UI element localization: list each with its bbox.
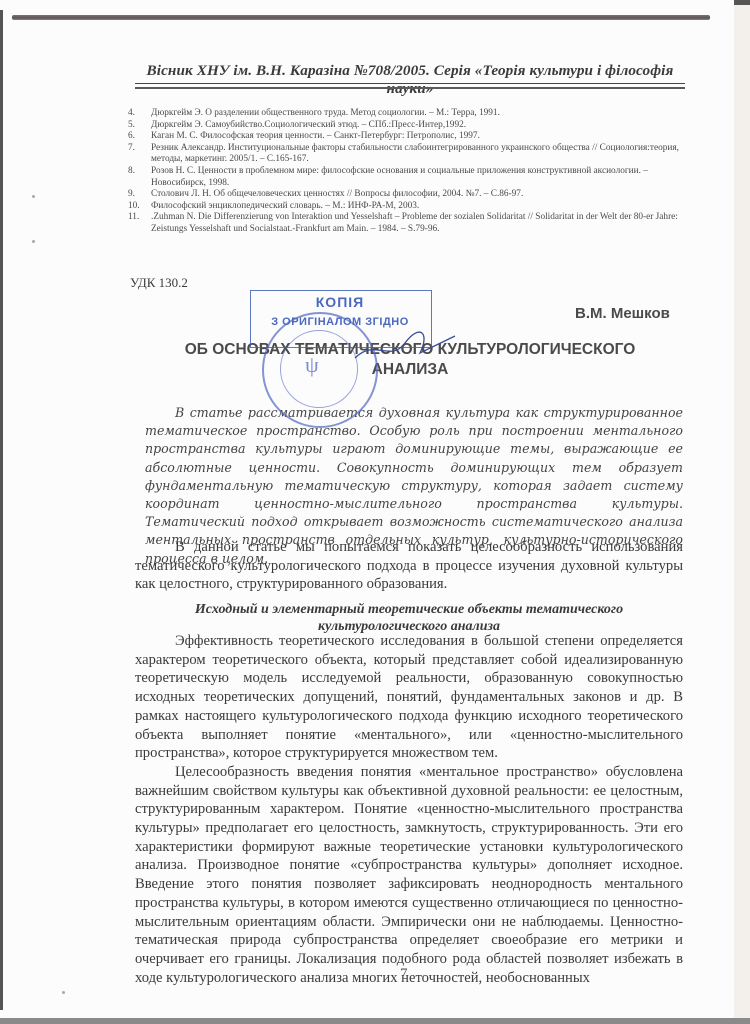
reference-item: 9.Столович Л. Н. Об общечеловеческих цен… <box>128 189 688 201</box>
reference-item: 11..Zuhman N. Die Differenzierung von In… <box>128 212 688 235</box>
section-heading: Исходный и элементарный теоретические об… <box>135 601 683 635</box>
reference-number: 11. <box>128 212 151 235</box>
reference-item: 10.Философский энциклопедический словарь… <box>128 201 688 213</box>
stamp-conformity-label: З ОРИГІНАЛОМ ЗГІДНО <box>250 316 430 328</box>
udk-code: УДК 130.2 <box>130 275 188 291</box>
body-paragraph: Эффективность теоретического исследовани… <box>135 632 683 763</box>
scan-speck <box>62 991 65 994</box>
reference-item: 5.Дюркгейм Э. Самоубийство.Социологическ… <box>128 120 688 132</box>
scan-right-edge <box>734 0 750 1024</box>
reference-number: 4. <box>128 108 151 120</box>
reference-text: .Zuhman N. Die Differenzierung von Inter… <box>151 212 688 235</box>
reference-item: 7.Резник Александр. Институциональные фа… <box>128 143 688 166</box>
reference-number: 10. <box>128 201 151 213</box>
reference-text: Розов Н. С. Ценности в проблемном мире: … <box>151 166 688 189</box>
stamp-copy-label: КОПІЯ <box>250 294 430 310</box>
reference-text: Резник Александр. Институциональные факт… <box>151 143 688 166</box>
reference-list: 4.Дюркгейм Э. О разделении общественного… <box>128 108 688 236</box>
scan-speck <box>32 240 35 243</box>
body-paragraph: Целесообразность введения понятия «мента… <box>135 763 683 987</box>
article-title: ОБ ОСНОВАХ ТЕМАТИЧЕСКОГО КУЛЬТУРОЛОГИЧЕС… <box>150 340 670 380</box>
intro-text: В данной статье мы попытаемся показать ц… <box>135 538 683 594</box>
page-number: 7 <box>400 966 408 983</box>
reference-text: Столович Л. Н. Об общечеловеческих ценно… <box>151 189 688 201</box>
journal-header: Вісник ХНУ ім. В.Н. Каразіна №708/2005. … <box>135 62 685 98</box>
top-rule <box>12 15 710 20</box>
header-rule-double <box>135 87 685 89</box>
reference-number: 8. <box>128 166 151 189</box>
reference-number: 7. <box>128 143 151 166</box>
author-name: В.М. Мешков <box>575 305 670 322</box>
scan-bottom-edge <box>0 1018 750 1024</box>
reference-text: Каган М. С. Философская теория ценности.… <box>151 131 688 143</box>
header-rule <box>135 83 685 84</box>
reference-item: 8.Розов Н. С. Ценности в проблемном мире… <box>128 166 688 189</box>
reference-number: 5. <box>128 120 151 132</box>
reference-item: 6.Каган М. С. Философская теория ценност… <box>128 131 688 143</box>
reference-item: 4.Дюркгейм Э. О разделении общественного… <box>128 108 688 120</box>
scan-speck <box>32 195 35 198</box>
reference-number: 6. <box>128 131 151 143</box>
intro-paragraph: В данной статье мы попытаемся показать ц… <box>135 538 683 594</box>
reference-number: 9. <box>128 189 151 201</box>
reference-text: Философский энциклопедический словарь. –… <box>151 201 688 213</box>
reference-text: Дюркгейм Э. О разделении общественного т… <box>151 108 688 120</box>
scan-corner-mark <box>734 0 750 5</box>
main-body: Эффективность теоретического исследовани… <box>135 632 683 987</box>
scan-left-edge <box>0 10 3 1010</box>
reference-text: Дюркгейм Э. Самоубийство.Социологический… <box>151 120 688 132</box>
